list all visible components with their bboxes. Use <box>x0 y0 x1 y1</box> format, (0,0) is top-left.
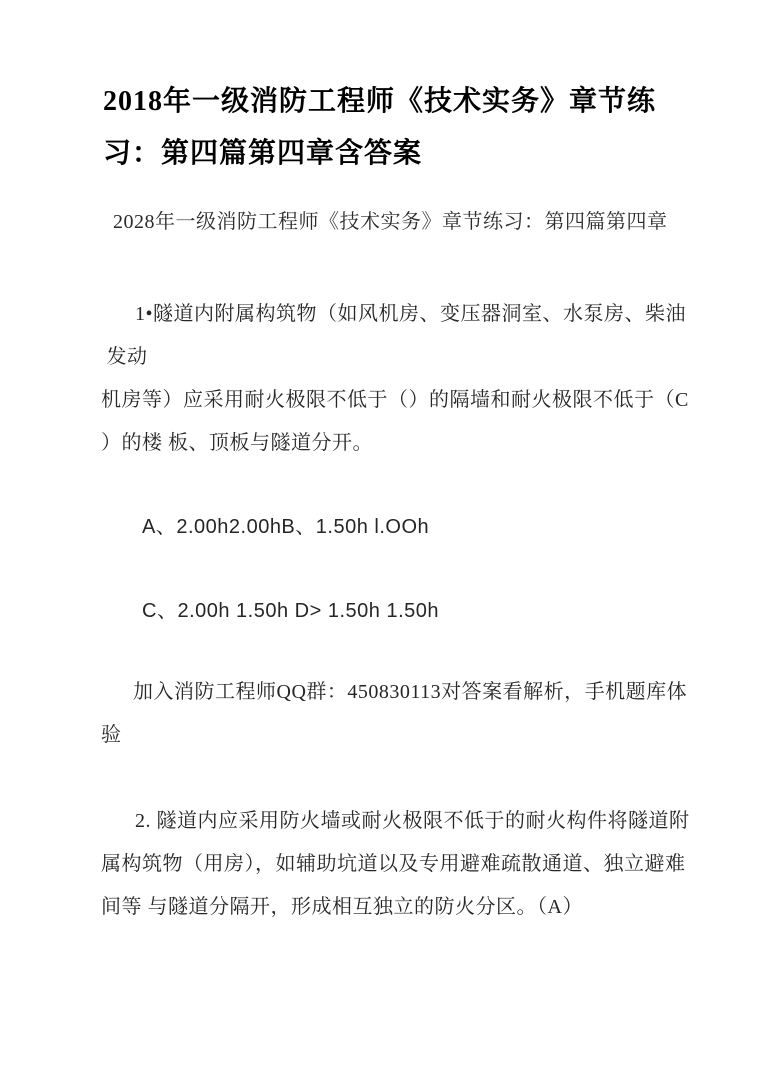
question-1-text: 1•隧道内附属构筑物（如风机房、变压器洞室、水泵房、柴油 发动 机房等）应采用耐… <box>101 293 741 465</box>
question-1-options-ab: A、2.00h2.00hB、1.50h l.OOh <box>101 506 741 549</box>
document-subtitle: 2028年一级消防工程师《技术实务》章节练习：第四篇第四章 <box>101 201 721 244</box>
question-1-options-cd: C、2.00h 1.50h D> 1.50h 1.50h <box>101 590 741 633</box>
question-2-text: 2. 隧道内应采用防火墙或耐火极限不低于的耐火构件将隧道附 属构筑物（用房），如… <box>101 800 741 929</box>
document-title: 2018年一级消防工程师《技术实务》章节练 习：第四篇第四章含答案 <box>103 76 703 180</box>
qq-group-notice: 加入消防工程师QQ群：450830113对答案看解析，手机题库体 验 <box>101 671 741 757</box>
document-page: 2018年一级消防工程师《技术实务》章节练 习：第四篇第四章含答案 2028年一… <box>0 0 763 1080</box>
